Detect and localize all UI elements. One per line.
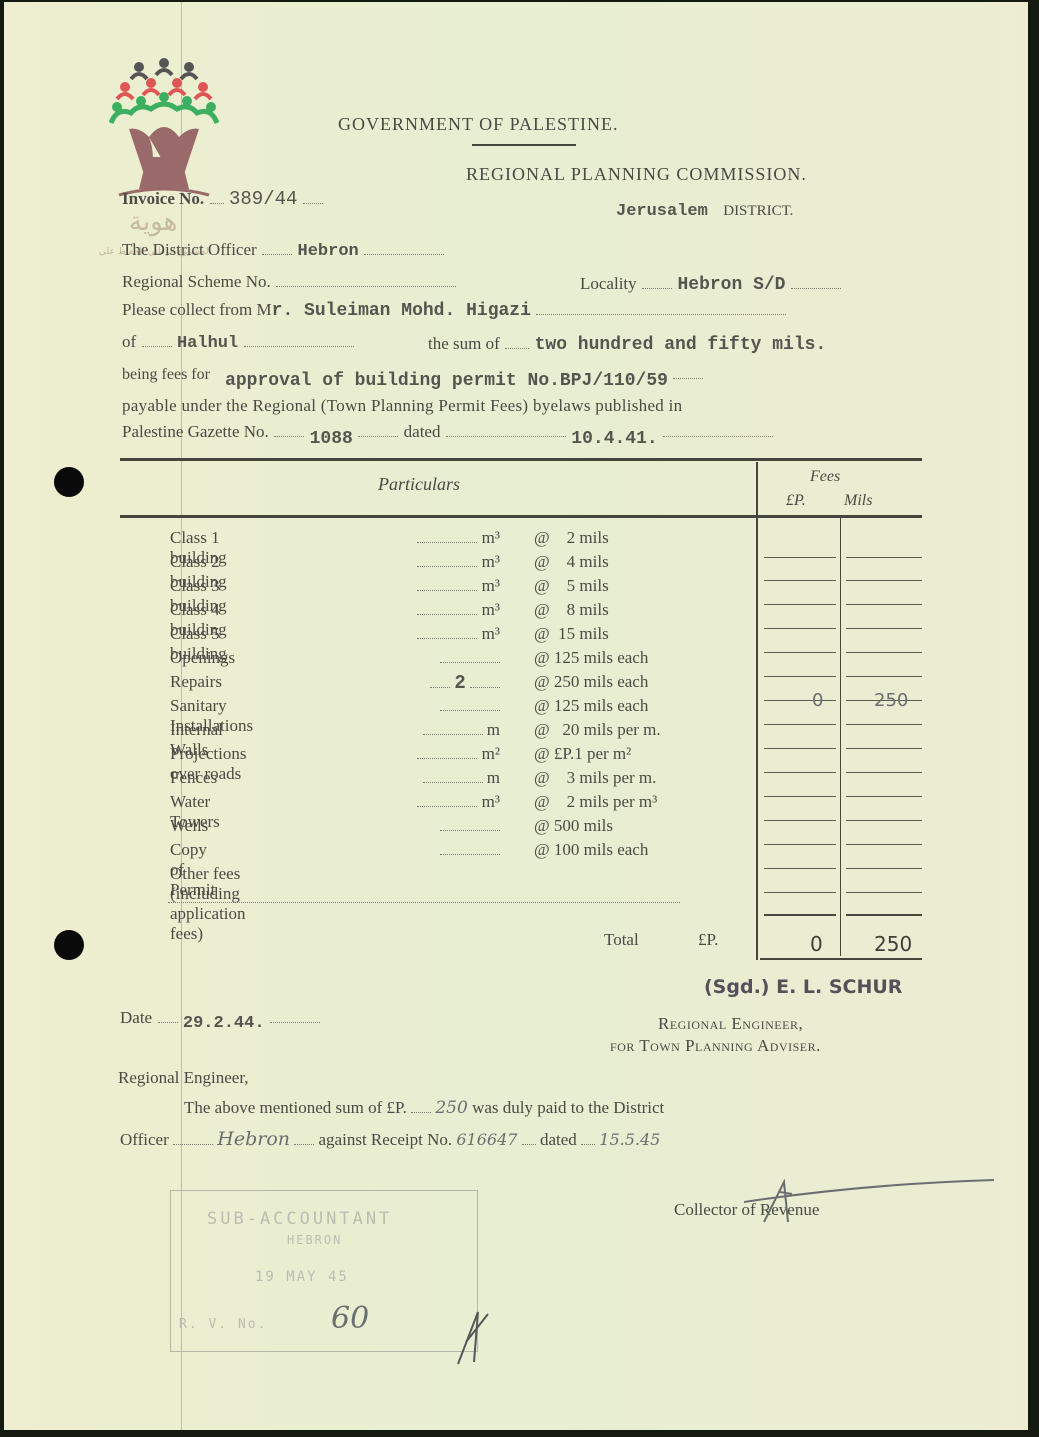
invoice-line: Invoice No. 389/44 <box>122 188 323 210</box>
sub-accountant-stamp: SUB-ACCOUNTANT HEBRON 19 MAY 45 R. V. No… <box>170 1190 478 1352</box>
sum-value: two hundred and fifty mils. <box>535 335 827 355</box>
fees-for-value: approval of building permit No.BPJ/110/5… <box>225 371 668 391</box>
government-title: GOVERNMENT OF PALESTINE. <box>338 114 619 135</box>
fees-column-rule <box>756 462 758 960</box>
district-officer-line: The District Officer Hebron <box>122 240 444 261</box>
total-label: Total <box>604 930 639 950</box>
regional-scheme-value <box>276 286 456 287</box>
locality-value: Hebron S/D <box>677 275 785 295</box>
gazette-date: 10.4.41. <box>571 429 657 449</box>
receipt-date: 15.5.45 <box>599 1130 660 1149</box>
collector-signature-icon <box>744 1162 1004 1232</box>
initial-mark-icon <box>444 1302 504 1372</box>
gazette-number: 1088 <box>310 429 353 449</box>
signature: (Sgd.) E. L. SCHUR <box>704 976 902 998</box>
particulars-header: Particulars <box>378 474 460 495</box>
district-label: DISTRICT. <box>723 203 793 219</box>
hole-punch <box>54 467 84 497</box>
invoice-document: هوية المشروع الوطني للحفاظ على GOVERNMEN… <box>4 2 1028 1430</box>
district-officer-value: Hebron <box>298 242 359 261</box>
district-line: Jerusalem DISTRICT. <box>616 200 793 221</box>
tree-people-icon <box>109 57 219 197</box>
receipt-addressee: Regional Engineer, <box>118 1068 249 1088</box>
signature-title-2: for Town Planning Adviser. <box>610 1036 821 1056</box>
invoice-label: Invoice No. <box>122 189 204 208</box>
lp-header: £P. <box>786 492 806 510</box>
heritage-logo: هوية المشروع الوطني للحفاظ على <box>109 57 219 257</box>
regional-scheme-line: Regional Scheme No. <box>122 272 456 292</box>
table-top-rule <box>120 458 922 461</box>
invoice-number: 389/44 <box>229 188 297 210</box>
fees-for-label: being fees for <box>122 366 210 383</box>
total-bottom-rule <box>760 958 922 960</box>
gazette-line: Palestine Gazette No. 1088 dated 10.4.41… <box>122 422 773 443</box>
signature-title-1: Regional Engineer, <box>658 1014 803 1034</box>
header-rule <box>472 144 576 146</box>
total-currency: £P. <box>698 930 718 950</box>
of-value: Halhul <box>177 334 238 353</box>
of-line: of Halhul <box>122 332 354 353</box>
collect-from-label: Please collect from M <box>122 300 272 319</box>
hole-punch <box>54 930 84 960</box>
commission-title: REGIONAL PLANNING COMMISSION. <box>466 164 807 185</box>
byelaws-text: payable under the Regional (Town Plannin… <box>122 396 682 416</box>
date-value: 29.2.44. <box>183 1014 265 1033</box>
date-line: Date 29.2.44. <box>120 1008 320 1029</box>
rv-number: 60 <box>331 1301 369 1336</box>
fees-for-line: being fees for approval of building perm… <box>122 364 703 385</box>
of-label: of <box>122 332 136 351</box>
sum-line: the sum of two hundred and fifty mils. <box>428 334 826 355</box>
district-name: Jerusalem <box>616 202 708 221</box>
gazette-dated-label: dated <box>404 422 441 441</box>
locality-line: Locality Hebron S/D <box>580 274 841 295</box>
gazette-label: Palestine Gazette No. <box>122 422 269 441</box>
fees-header: Fees <box>810 468 840 486</box>
receipt-number: 616647 <box>456 1130 517 1149</box>
collect-from-line: Please collect from Mr. Suleiman Mohd. H… <box>122 300 786 321</box>
receipt-officer: Hebron <box>217 1128 290 1150</box>
date-label: Date <box>120 1008 152 1027</box>
collect-from-value: r. Suleiman Mohd. Higazi <box>272 301 531 321</box>
locality-label: Locality <box>580 274 637 293</box>
watermark-title: هوية <box>129 207 177 237</box>
district-officer-label: The District Officer <box>122 240 257 259</box>
sum-label: the sum of <box>428 334 500 353</box>
header-bottom-rule <box>120 515 922 518</box>
total-mils: 250 <box>874 932 912 956</box>
lp-mils-divider <box>840 518 841 956</box>
total-lp: 0 <box>810 932 823 956</box>
mils-header: Mils <box>844 492 872 510</box>
line-item-lp: 0 <box>812 690 823 711</box>
receipt-amount: 250 <box>435 1098 467 1118</box>
other-fees-dotted-line <box>168 902 680 903</box>
line-item-mils: 250 <box>874 690 908 711</box>
receipt-line-1: The above mentioned sum of £P. 250 was d… <box>184 1098 664 1118</box>
regional-scheme-label: Regional Scheme No. <box>122 272 271 291</box>
receipt-line-2: Officer Hebron against Receipt No. 61664… <box>120 1128 660 1150</box>
